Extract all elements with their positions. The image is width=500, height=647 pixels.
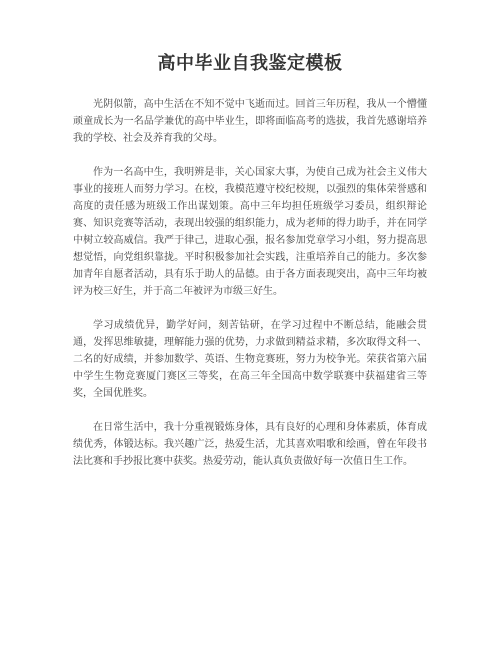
- paragraph: 光阴似箭，高中生活在不知不觉中飞逝而过。回首三年历程，我从一个懵懂顽童成长为一名…: [73, 96, 427, 147]
- document-body: 光阴似箭，高中生活在不知不觉中飞逝而过。回首三年历程，我从一个懵懂顽童成长为一名…: [73, 96, 427, 470]
- document-page: 高中毕业自我鉴定模板 光阴似箭，高中生活在不知不觉中飞逝而过。回首三年历程，我从…: [0, 0, 500, 647]
- paragraph: 学习成绩优异，勤学好问，刻苦钻研，在学习过程中不断总结，能融会贯通，发挥思维敏捷…: [73, 317, 427, 402]
- document-title: 高中毕业自我鉴定模板: [73, 52, 427, 74]
- paragraph: 作为一名高中生，我明辨是非，关心国家大事，为使自己成为社会主义伟大事业的接班人而…: [73, 164, 427, 300]
- paragraph: 在日常生活中，我十分重视锻炼身体，具有良好的心理和身体素质，体育成绩优秀，体锻达…: [73, 419, 427, 470]
